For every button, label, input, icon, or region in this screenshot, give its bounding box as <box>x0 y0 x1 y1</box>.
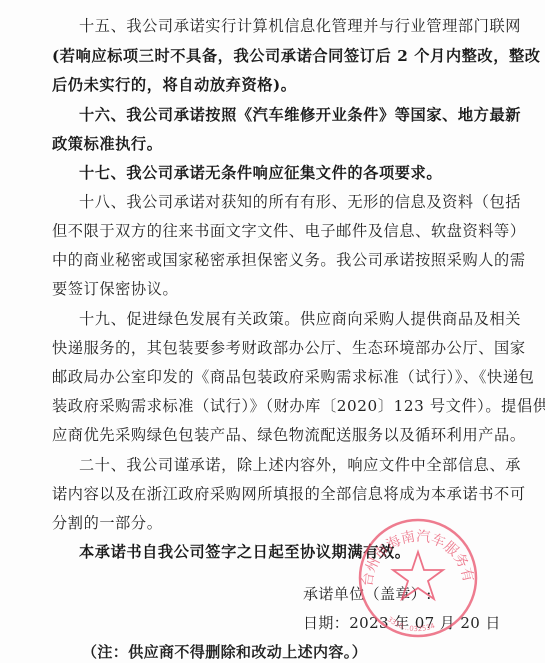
clause-19-line-3: 邮政局办公室印发的《商品包装政府采购需求标准（试行）》、《快递包 <box>52 367 534 387</box>
clause-20-line-2: 诺内容以及在浙江政府采购网所填报的全部信息将成为本承诺书不可 <box>52 484 526 504</box>
company-seal-stamp: 台州市海南汽车服务有限 3310...032534 <box>352 512 482 642</box>
stamp-text: 台州市海南汽车服务有限 <box>352 512 476 588</box>
clause-15-line-3: 后仍未实行的，将自动放弃资格)。 <box>52 75 297 95</box>
clause-19-line-2: 快递服务的，其包装要参考财政部办公厅、生态环境部办公厅、国家 <box>52 338 526 358</box>
clause-18-line-1: 十八、我公司承诺对获知的所有有形、无形的信息及资料（包括 <box>79 192 521 212</box>
clause-16-line-1: 十六、我公司承诺按照《汽车维修开业条件》等国家、地方最新 <box>79 105 521 125</box>
clause-15-line-2: (若响应标项三时不具备，我公司承诺合同签订后 2 个月内整改，整改 <box>52 46 541 66</box>
star-icon <box>393 552 443 599</box>
clause-16-line-2: 政策标准执行。 <box>52 134 163 154</box>
clause-19-line-4: 装政府采购需求标准（试行）》（财办库〔2020〕123 号文件）。提倡供 <box>52 396 545 416</box>
svg-text:台州市海南汽车服务有限: 台州市海南汽车服务有限 <box>352 512 476 588</box>
clause-19-line-1: 十九、促进绿色发展有关政策。供应商向采购人提供商品及相关 <box>79 309 521 329</box>
clause-17-line-1: 十七、我公司承诺无条件响应征集文件的各项要求。 <box>79 163 442 183</box>
clause-18-line-4: 要签订保密协议。 <box>52 279 178 299</box>
clause-18-line-2: 但不限于双方的往来书面文字文件、电子邮件及信息、软盘资料等） <box>52 221 526 241</box>
clause-20-line-1: 二十、我公司谨承诺，除上述内容外，响应文件中全部信息、承 <box>79 455 521 475</box>
footnote: （注：供应商不得删除和改动上述内容。） <box>82 641 367 662</box>
clause-18-line-3: 中的商业秘密或国家秘密承担保密义务。我公司承诺按照采购人的需 <box>52 250 526 270</box>
clause-19-line-5: 应商优先采购绿色包装产品、绿色物流配送服务以及循环利用产品。 <box>52 425 526 445</box>
clause-15-line-1: 十五、我公司承诺实行计算机信息化管理并与行业管理部门联网 <box>79 16 521 36</box>
clause-20-line-3: 分割的一部分。 <box>52 513 163 533</box>
document-page: 十五、我公司承诺实行计算机信息化管理并与行业管理部门联网 (若响应标项三时不具备… <box>0 0 545 663</box>
